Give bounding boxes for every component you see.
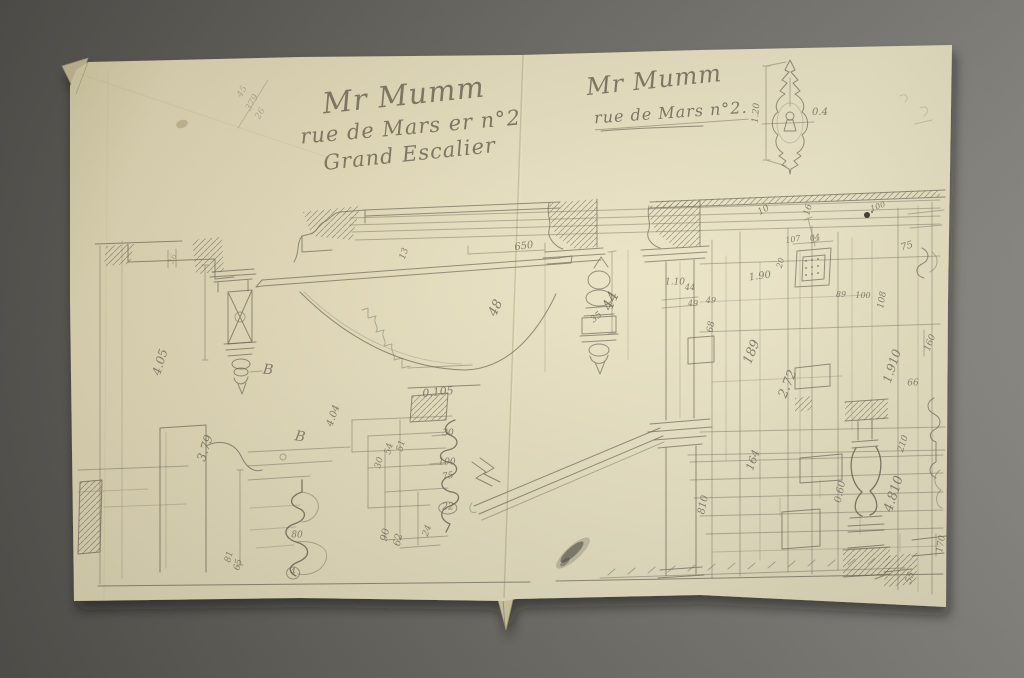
sketch-paper <box>0 0 1024 678</box>
photograph-backdrop: Mr Mumm rue de Mars er n°2 Grand Escalie… <box>0 0 1024 678</box>
